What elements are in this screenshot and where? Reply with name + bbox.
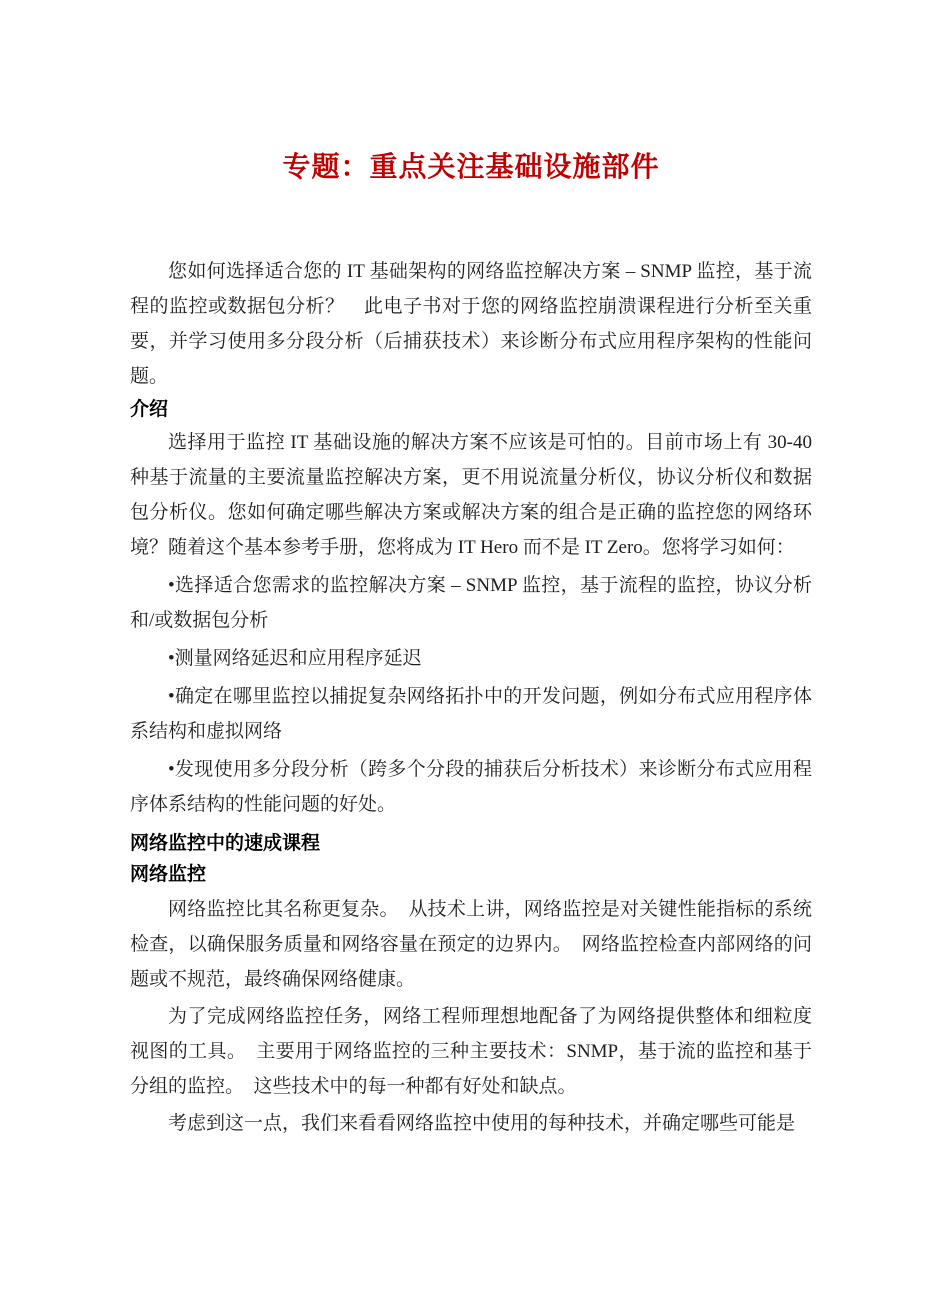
bullet-item-where-to-monitor: •确定在哪里监控以捕捉复杂网络拓扑中的开发问题，例如分布式应用程序体系结构和虚拟… [130, 679, 812, 749]
intro-paragraph: 选择用于监控 IT 基础设施的解决方案不应该是可怕的。目前市场上有 30-40 … [130, 425, 812, 565]
body-paragraph-network-monitoring: 网络监控比其名称更复杂。 从技术上讲，网络监控是对关键性能指标的系统检查，以确保… [130, 892, 812, 997]
intro-heading: 介绍 [130, 394, 812, 425]
body-paragraph-tools: 为了完成网络监控任务，网络工程师理想地配备了为网络提供整体和细粒度视图的工具。 … [130, 999, 812, 1104]
lead-paragraph: 您如何选择适合您的 IT 基础架构的网络监控解决方案 – SNMP 监控，基于流… [130, 254, 812, 394]
bullet-item-monitoring-solution: •选择适合您需求的监控解决方案 – SNMP 监控，基于流程的监控，协议分析和/… [130, 568, 812, 638]
crash-course-heading: 网络监控中的速成课程 [130, 828, 812, 859]
bullet-item-latency: •测量网络延迟和应用程序延迟 [130, 641, 812, 676]
network-monitoring-subheading: 网络监控 [130, 859, 812, 890]
document-page: 专题：重点关注基础设施部件 您如何选择适合您的 IT 基础架构的网络监控解决方案… [0, 0, 926, 1309]
document-title: 专题：重点关注基础设施部件 [130, 148, 812, 186]
document-content: 专题：重点关注基础设施部件 您如何选择适合您的 IT 基础架构的网络监控解决方案… [130, 0, 812, 1141]
body-paragraph-consideration: 考虑到这一点，我们来看看网络监控中使用的每种技术，并确定哪些可能是 [130, 1106, 812, 1141]
bullet-item-multisegment-analysis: •发现使用多分段分析（跨多个分段的捕获后分析技术）来诊断分布式应用程序体系结构的… [130, 752, 812, 822]
